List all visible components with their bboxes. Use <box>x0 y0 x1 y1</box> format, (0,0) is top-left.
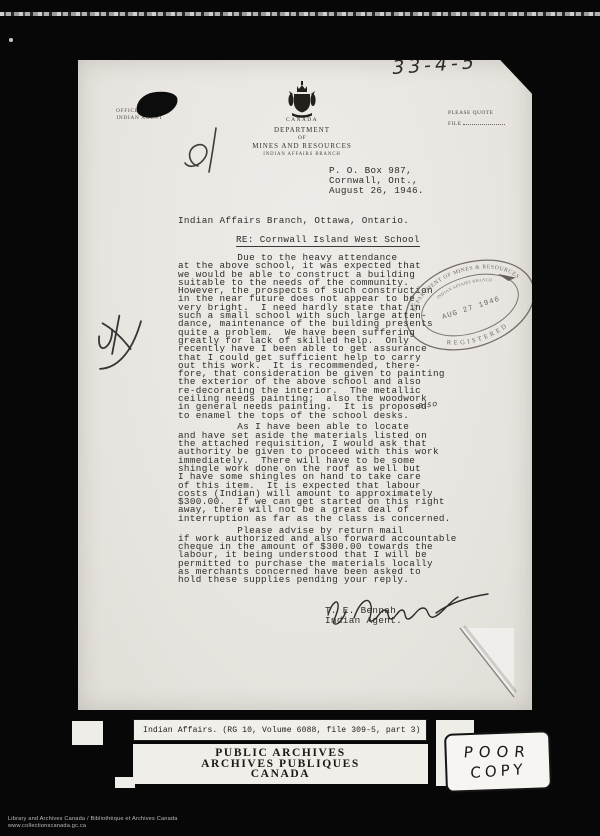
banner-line-canada: CANADA <box>133 769 428 780</box>
please-quote-label: PLEASE QUOTE <box>448 108 505 119</box>
letterhead: CANADA DEPARTMENT OF MINES AND RESOURCES… <box>202 117 402 157</box>
letterhead-country: CANADA <box>202 117 402 123</box>
file-label: FILE <box>448 121 461 127</box>
public-archives-banner: PUBLIC ARCHIVES ARCHIVES PUBLIQUES CANAD… <box>133 744 428 784</box>
microfilm-scan: OFFICE OF THE INDIAN AGENT CANADA DE <box>0 0 600 836</box>
poor-copy-line2: COPY <box>470 760 526 782</box>
paragraph-3: Please advise by return mail if work aut… <box>178 527 478 585</box>
letterhead-department: DEPARTMENT <box>202 126 402 134</box>
paragraph-2: As I have been able to locate and have s… <box>178 423 478 523</box>
white-tab-left <box>72 721 103 745</box>
recipient-line: Indian Affairs Branch, Ottawa, Ontario. <box>178 215 409 226</box>
signer-block: T. E. Bennah, Indian Agent. <box>325 606 402 626</box>
stamp-inner-text: INDIAN AFFAIRS BRANCH <box>434 272 494 300</box>
letterhead-branch: INDIAN AFFAIRS BRANCH <box>202 152 402 157</box>
white-tab-small <box>115 777 135 788</box>
ink-blot <box>134 89 179 120</box>
poor-copy-note: POOR COPY <box>444 730 552 793</box>
lac-credit-line1: Library and Archives Canada / Bibliothèq… <box>8 816 178 823</box>
banner-line-en: PUBLIC ARCHIVES <box>133 748 428 759</box>
letter-page: OFFICE OF THE INDIAN AGENT CANADA DE <box>78 60 532 710</box>
signer-title: Indian Agent. <box>325 616 402 626</box>
letterhead-mines-resources: MINES AND RESOURCES <box>202 142 402 150</box>
archival-file-label-text: Indian Affairs. (RG 10, Volume 6088, fil… <box>134 726 421 735</box>
archival-file-label: Indian Affairs. (RG 10, Volume 6088, fil… <box>133 719 427 741</box>
registered-date-stamp: DEPARTMENT OF MINES & RESOURCES INDIAN A… <box>390 240 550 375</box>
stamp-date: AUG 27 1946 <box>441 296 501 322</box>
handwritten-file-number: 33-4-5 <box>391 51 480 79</box>
file-blank-line <box>463 119 505 125</box>
film-scratch-line <box>0 12 600 16</box>
letterhead-of: OF <box>202 135 402 141</box>
lac-credit-url: www.collectionscanada.gc.ca <box>8 823 178 830</box>
svg-text:INDIAN AFFAIRS BRANCH: INDIAN AFFAIRS BRANCH <box>434 272 494 300</box>
handwritten-scribble <box>176 122 232 185</box>
film-speck <box>9 38 13 42</box>
margin-check-mark <box>84 296 156 385</box>
please-quote-block: PLEASE QUOTE FILE <box>448 108 505 130</box>
poor-copy-line1: POOR <box>463 743 532 762</box>
dateline: P. O. Box 987, Cornwall, Ont., August 26… <box>329 166 424 196</box>
page-corner-fold <box>436 608 532 713</box>
lac-credit: Library and Archives Canada / Bibliothèq… <box>8 816 178 830</box>
